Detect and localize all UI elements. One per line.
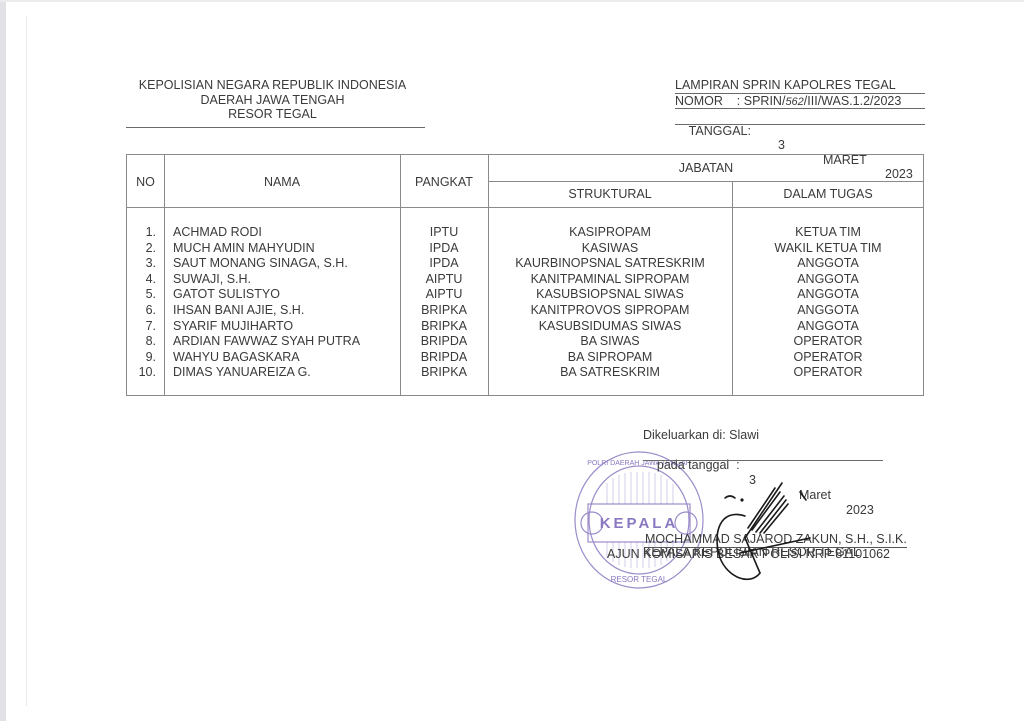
cell-pangkat: BRIPKA bbox=[400, 365, 488, 381]
cell-dalam-tugas: ANGGOTA bbox=[732, 303, 924, 319]
cell-dalam-tugas: ANGGOTA bbox=[732, 256, 924, 272]
cell-pangkat: BRIPKA bbox=[400, 319, 488, 335]
cell-pangkat: BRIPDA bbox=[400, 350, 488, 366]
cell-pangkat: IPDA bbox=[400, 241, 488, 257]
cell-nama: GATOT SULISTYO bbox=[173, 287, 398, 303]
cell-struktural: KANITPROVOS SIPROPAM bbox=[488, 303, 732, 319]
col-divider bbox=[164, 155, 165, 395]
header-jabatan: JABATAN bbox=[488, 161, 924, 175]
cell-no: 6. bbox=[127, 303, 156, 319]
cell-dalam-tugas: OPERATOR bbox=[732, 350, 924, 366]
cell-nama: IHSAN BANI AJIE, S.H. bbox=[173, 303, 398, 319]
cell-struktural: KANITPAMINAL SIPROPAM bbox=[488, 272, 732, 288]
cell-struktural: KAURBINOPSNAL SATRESKRIM bbox=[488, 256, 732, 272]
cell-no: 9. bbox=[127, 350, 156, 366]
cell-dalam-tugas: ANGGOTA bbox=[732, 272, 924, 288]
column-struktural: KASIPROPAMKASIWASKAURBINOPSNAL SATRESKRI… bbox=[488, 225, 732, 381]
scan-top-edge bbox=[0, 0, 1024, 2]
handwritten-signature-icon bbox=[690, 478, 840, 588]
date-year: 2023 bbox=[846, 503, 874, 518]
attachment-header: LAMPIRAN SPRIN KAPOLRES TEGAL NOMOR : SP… bbox=[675, 78, 925, 125]
personnel-table: NO NAMA PANGKAT JABATAN STRUKTURAL DALAM… bbox=[126, 154, 924, 396]
cell-nama: ARDIAN FAWWAZ SYAH PUTRA bbox=[173, 334, 398, 350]
cell-struktural: KASUBSIDUMAS SIWAS bbox=[488, 319, 732, 335]
institution-name: KEPOLISIAN NEGARA REPUBLIK INDONESIA bbox=[120, 78, 425, 93]
cell-dalam-tugas: OPERATOR bbox=[732, 334, 924, 350]
header-nama: NAMA bbox=[164, 175, 400, 189]
cell-no: 3. bbox=[127, 256, 156, 272]
cell-no: 1. bbox=[127, 225, 156, 241]
cell-no: 10. bbox=[127, 365, 156, 381]
cell-struktural: BA SATRESKRIM bbox=[488, 365, 732, 381]
cell-pangkat: AIPTU bbox=[400, 272, 488, 288]
cell-nama: WAHYU BAGASKARA bbox=[173, 350, 398, 366]
attachment-title: LAMPIRAN SPRIN KAPOLRES TEGAL bbox=[675, 78, 925, 94]
institution-header: KEPOLISIAN NEGARA REPUBLIK INDONESIA DAE… bbox=[120, 78, 425, 122]
cell-nama: DIMAS YANUAREIZA G. bbox=[173, 365, 398, 381]
cell-struktural: KASUBSIOPSNAL SIWAS bbox=[488, 287, 732, 303]
scan-left-edge bbox=[0, 0, 6, 721]
cell-struktural: KASIPROPAM bbox=[488, 225, 732, 241]
cell-no: 7. bbox=[127, 319, 156, 335]
date-underline bbox=[643, 460, 883, 461]
cell-struktural: BA SIPROPAM bbox=[488, 350, 732, 366]
cell-pangkat: IPTU bbox=[400, 225, 488, 241]
nomor-handwritten: 562 bbox=[785, 96, 803, 108]
tanggal-day: 3 bbox=[778, 138, 785, 153]
cell-nama: SUWAJI, S.H. bbox=[173, 272, 398, 288]
cell-dalam-tugas: ANGGOTA bbox=[732, 287, 924, 303]
cell-pangkat: AIPTU bbox=[400, 287, 488, 303]
cell-nama: SYARIF MUJIHARTO bbox=[173, 319, 398, 335]
column-nama: ACHMAD RODIMUCH AMIN MAHYUDINSAUT MONANG… bbox=[173, 225, 398, 381]
header-dalam-tugas: DALAM TUGAS bbox=[732, 187, 924, 201]
cell-nama: MUCH AMIN MAHYUDIN bbox=[173, 241, 398, 257]
institution-region: DAERAH JAWA TENGAH bbox=[120, 93, 425, 108]
header-pangkat: PANGKAT bbox=[400, 175, 488, 189]
page-fold-line bbox=[26, 16, 27, 706]
header-struktural: STRUKTURAL bbox=[488, 187, 732, 201]
cell-pangkat: IPDA bbox=[400, 256, 488, 272]
nomor-suffix: /III/WAS.1.2/2023 bbox=[804, 94, 902, 108]
cell-dalam-tugas: KETUA TIM bbox=[732, 225, 924, 241]
cell-dalam-tugas: ANGGOTA bbox=[732, 319, 924, 335]
cell-no: 8. bbox=[127, 334, 156, 350]
attachment-number: NOMOR : SPRIN/562/III/WAS.1.2/2023 bbox=[675, 94, 925, 110]
cell-no: 4. bbox=[127, 272, 156, 288]
svg-text:RESOR TEGAL: RESOR TEGAL bbox=[611, 575, 668, 584]
institution-resor: RESOR TEGAL bbox=[120, 107, 425, 122]
tanggal-label: TANGGAL: bbox=[689, 124, 751, 138]
cell-nama: ACHMAD RODI bbox=[173, 225, 398, 241]
header-bottom-rule bbox=[127, 207, 923, 208]
cell-struktural: KASIWAS bbox=[488, 241, 732, 257]
row-divider bbox=[488, 181, 923, 182]
cell-pangkat: BRIPDA bbox=[400, 334, 488, 350]
cell-no: 2. bbox=[127, 241, 156, 257]
cell-pangkat: BRIPKA bbox=[400, 303, 488, 319]
cell-dalam-tugas: OPERATOR bbox=[732, 365, 924, 381]
cell-dalam-tugas: WAKIL KETUA TIM bbox=[732, 241, 924, 257]
attachment-date: TANGGAL: 3 MARET 2023 bbox=[675, 109, 925, 125]
cell-nama: SAUT MONANG SINAGA, S.H. bbox=[173, 256, 398, 272]
cell-struktural: BA SIWAS bbox=[488, 334, 732, 350]
cell-no: 5. bbox=[127, 287, 156, 303]
header-no: NO bbox=[127, 175, 164, 189]
column-no: 1.2.3.4.5.6.7.8.9.10. bbox=[127, 225, 156, 381]
issued-at: Dikeluarkan di: Slawi bbox=[643, 428, 888, 443]
column-dalam-tugas: KETUA TIMWAKIL KETUA TIMANGGOTAANGGOTAAN… bbox=[732, 225, 924, 381]
nomor-label: NOMOR : SPRIN/ bbox=[675, 94, 785, 108]
column-pangkat: IPTUIPDAIPDAAIPTUAIPTUBRIPKABRIPKABRIPDA… bbox=[400, 225, 488, 381]
header-underline bbox=[126, 127, 425, 128]
